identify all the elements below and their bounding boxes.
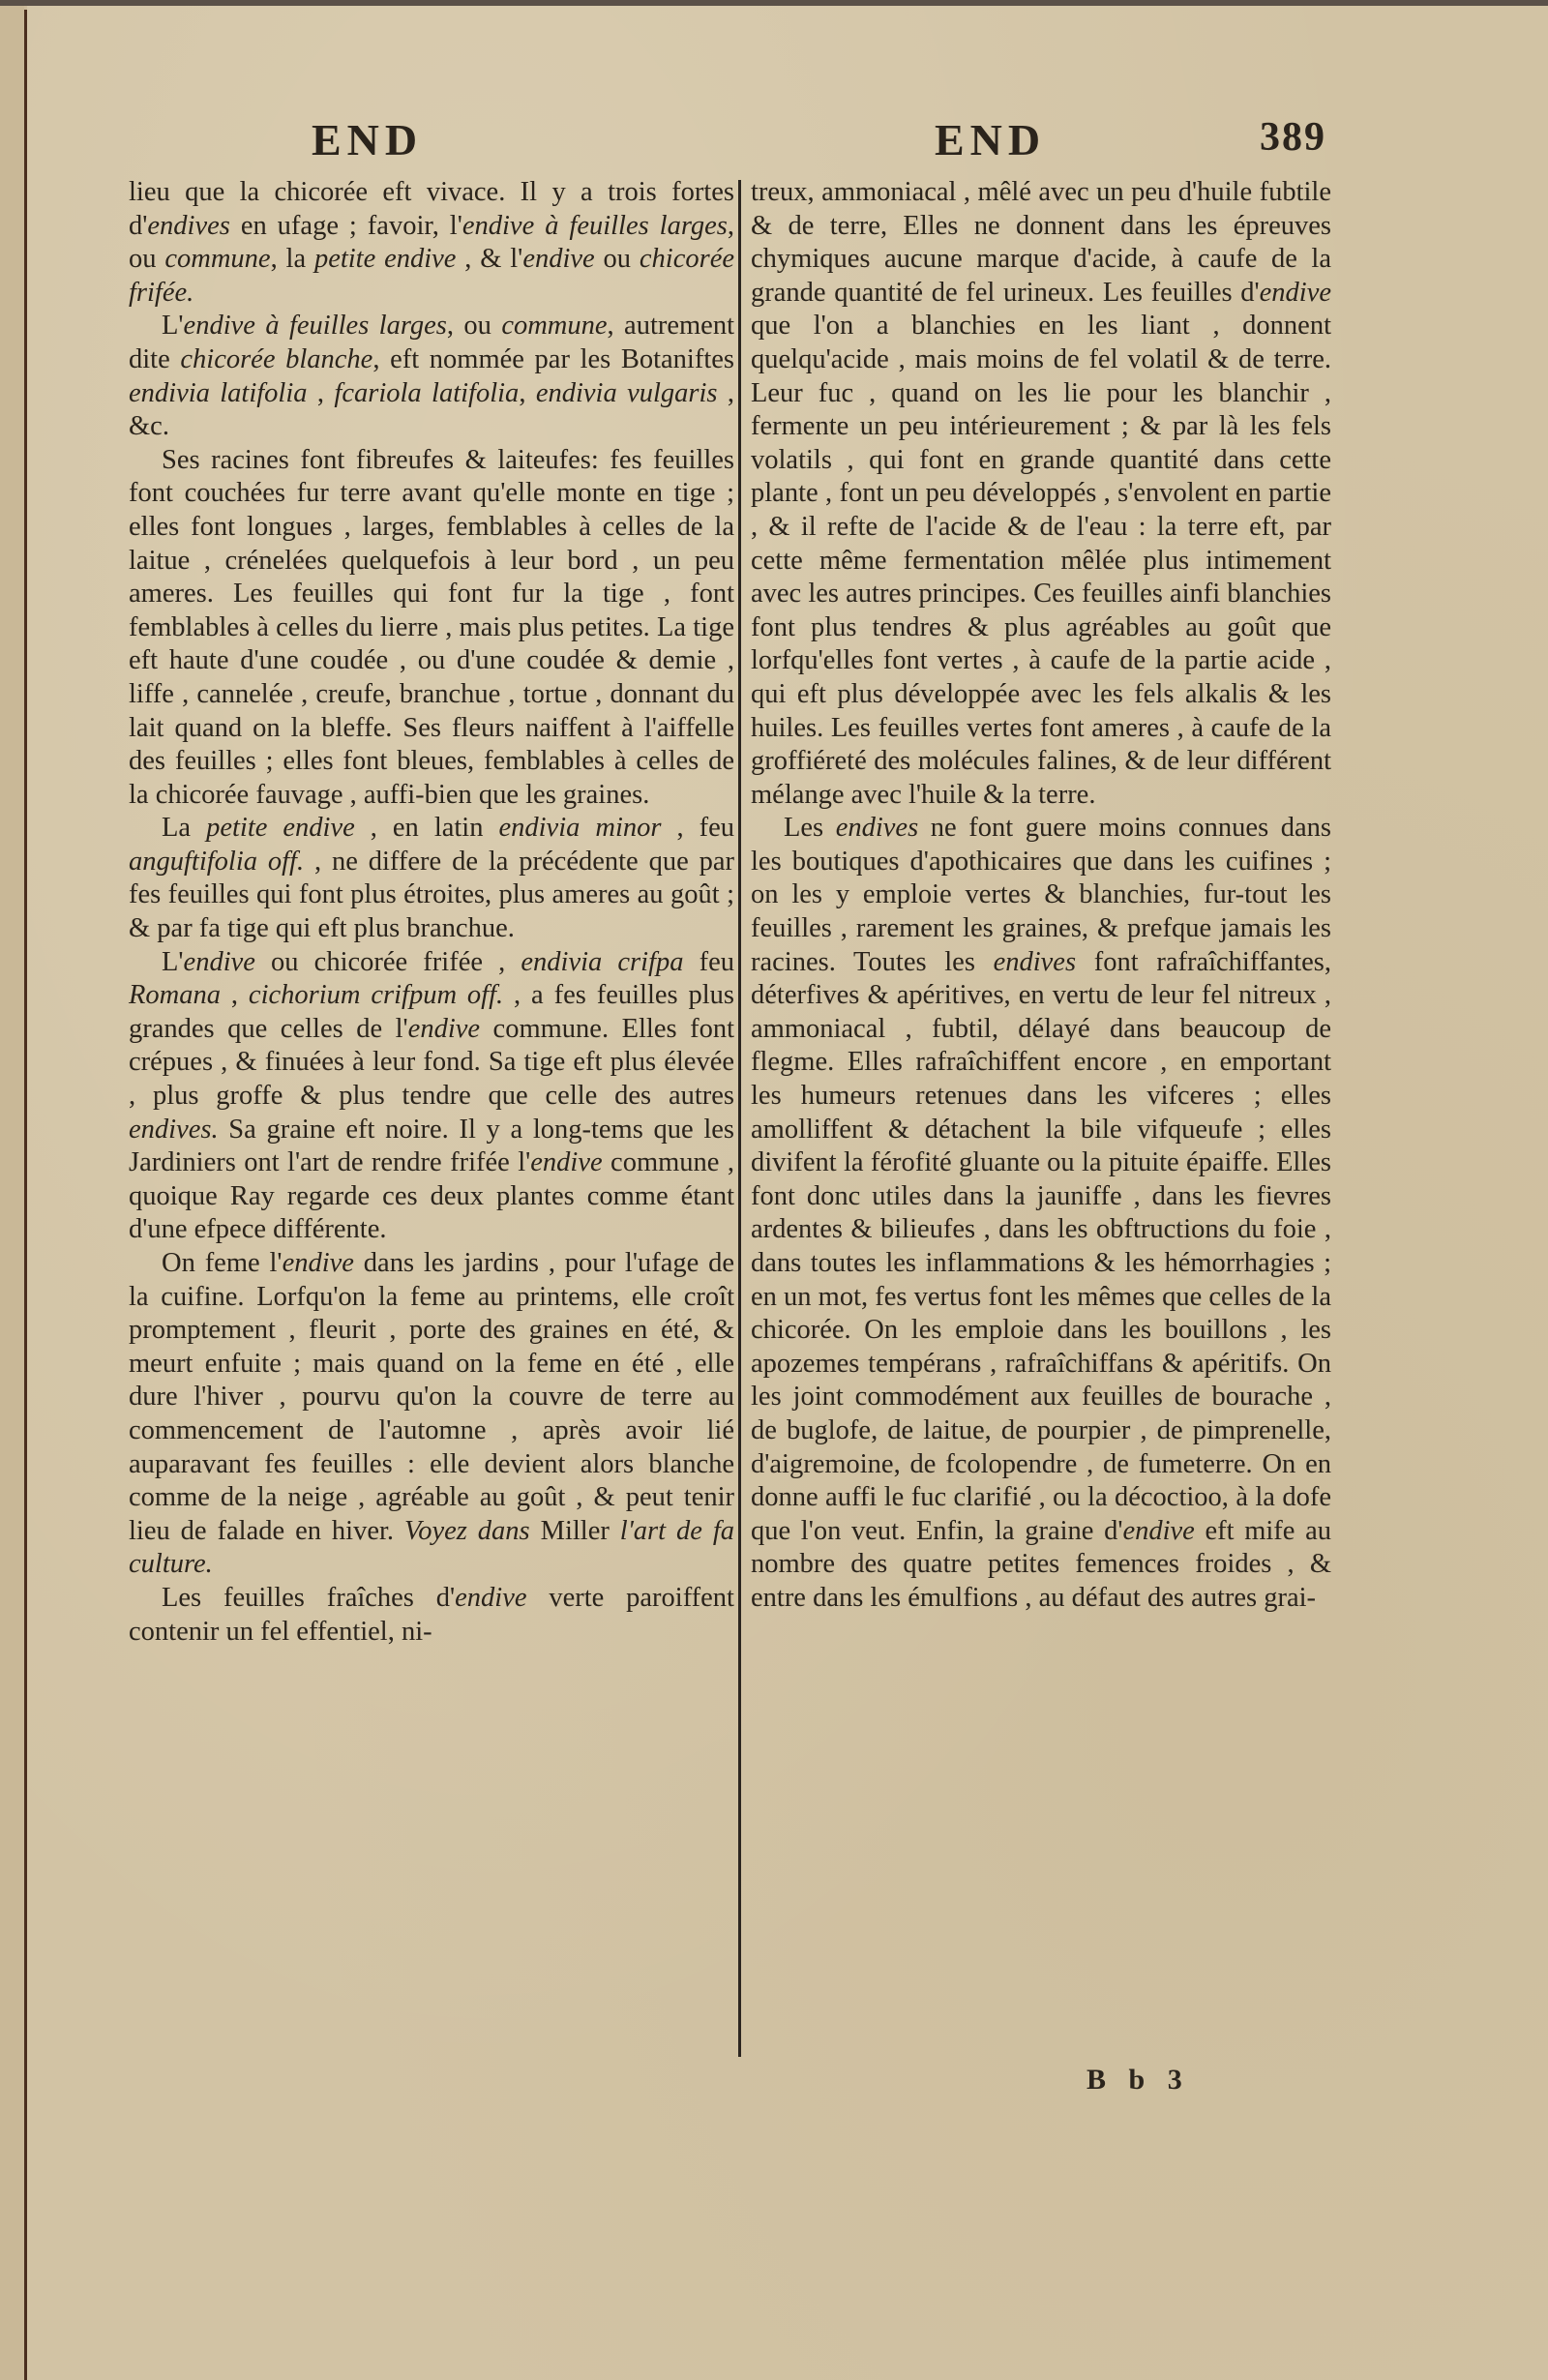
text-run: en ufage ; favoir, l' (230, 211, 462, 241)
italic-text-run: fcariola latifolia (334, 378, 519, 408)
italic-text-run: endive à feuilles larges (184, 311, 447, 341)
text-run: font rafraîchiffantes, déterfives & apér… (751, 947, 1331, 1546)
running-head-left: END (312, 114, 423, 165)
italic-text-run: chicorée blanche (180, 344, 372, 374)
text-run: L' (162, 311, 184, 341)
italic-text-run: endivia minor (498, 813, 661, 843)
text-run: , eft nommée par les Botaniftes (372, 344, 734, 374)
paragraph: Ses racines font fibreufes & laiteufes: … (129, 444, 734, 813)
text-run: dans les jardins , pour l'ufage de la cu… (129, 1248, 734, 1546)
text-run: , (308, 378, 335, 408)
text-run: ou chicorée frifée , (255, 947, 521, 977)
text-run: , la (271, 244, 314, 274)
text-run: , feu (661, 813, 734, 843)
italic-text-run: endive (408, 1014, 480, 1044)
text-run: Miller (530, 1516, 620, 1546)
paragraph: On feme l'endive dans les jardins , pour… (129, 1247, 734, 1582)
left-text-column: lieu que la chicorée eft vivace. Il y a … (129, 176, 734, 1649)
italic-text-run: cichorium crifpum off. (249, 980, 503, 1010)
italic-text-run: endive (455, 1583, 526, 1613)
text-run: On feme l' (162, 1248, 283, 1278)
italic-text-run: Voyez dans (404, 1516, 530, 1546)
paragraph: Les endives ne font guere moins connues … (751, 812, 1331, 1615)
running-head-right: END (935, 114, 1046, 165)
italic-text-run: endive à feuilles larges (462, 211, 728, 241)
italic-text-run: endive (283, 1248, 354, 1278)
text-run: La (162, 813, 206, 843)
text-run: , (519, 378, 536, 408)
page-number: 389 (1260, 114, 1326, 161)
italic-text-run: petite endive (314, 244, 457, 274)
text-run: , en latin (355, 813, 499, 843)
italic-text-run: anguftifolia off. (129, 847, 304, 877)
italic-text-run: endives (994, 947, 1076, 977)
italic-text-run: endivia vulgaris (536, 378, 718, 408)
italic-text-run: endive (530, 1147, 602, 1177)
column-divider-rule (738, 180, 741, 2057)
right-text-column: treux, ammoniacal , mêlé avec un peu d'h… (751, 176, 1331, 1616)
paragraph: Les feuilles fraîches d'endive verte par… (129, 1582, 734, 1649)
italic-text-run: endive (522, 244, 594, 274)
text-run: treux, ammoniacal , mêlé avec un peu d'h… (751, 177, 1331, 308)
italic-text-run: petite endive (206, 813, 355, 843)
italic-text-run: Romana (129, 980, 221, 1010)
text-run: , (221, 980, 249, 1010)
italic-text-run: endive (184, 947, 255, 977)
paragraph: lieu que la chicorée eft vivace. Il y a … (129, 176, 734, 310)
italic-text-run: endives (836, 813, 918, 843)
italic-text-run: endive (1122, 1516, 1194, 1546)
text-run: que l'on a blanchies en les liant , donn… (751, 311, 1331, 809)
paragraph: L'endive ou chicorée frifée , endivia cr… (129, 946, 734, 1247)
paragraph: La petite endive , en latin endivia mino… (129, 812, 734, 945)
text-run: Les feuilles fraîches d' (162, 1583, 455, 1613)
text-run: feu (683, 947, 734, 977)
text-run: Les (784, 813, 836, 843)
binding-gutter (0, 6, 24, 2380)
signature-mark: B b 3 (1087, 2064, 1190, 2097)
paragraph: treux, ammoniacal , mêlé avec un peu d'h… (751, 176, 1331, 812)
italic-text-run: endivia latifolia (129, 378, 308, 408)
italic-text-run: endive (1260, 278, 1331, 308)
italic-text-run: endivia crifpa (521, 947, 683, 977)
italic-text-run: endives (147, 211, 229, 241)
text-run: Ses racines font fibreufes & laiteufes: … (129, 445, 734, 810)
text-run: L' (162, 947, 184, 977)
italic-text-run: endives. (129, 1115, 219, 1145)
italic-text-run: commune (501, 311, 607, 341)
paragraph: L'endive à feuilles larges, ou commune, … (129, 310, 734, 443)
text-run: ou (595, 244, 640, 274)
italic-text-run: commune (164, 244, 270, 274)
text-run: , ou (447, 311, 501, 341)
text-run: , & l' (456, 244, 522, 274)
